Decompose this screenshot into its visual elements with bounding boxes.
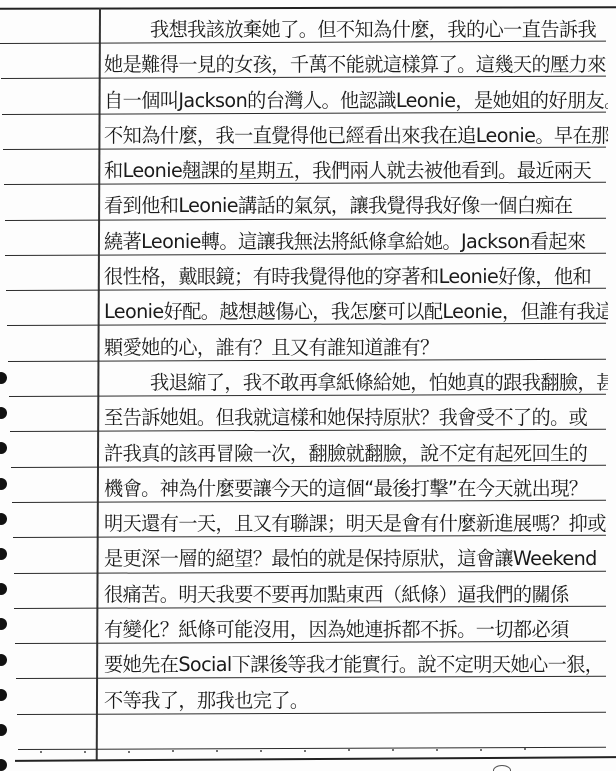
text-line: 有變化？紙條可能沒用，因為她連拆都不拆。一切都必須	[104, 610, 608, 645]
text-line: 顆愛她的心，誰有？且又有誰知道誰有？	[104, 328, 608, 363]
notebook-page: 我想我該放棄她了。但不知為什麼，我的心一直告訴我 她是難得一見的女孩，千萬不能就…	[0, 0, 616, 771]
text-line: 看到他和Leonie講話的氣氛，讓我覺得我好像一個白痴在	[104, 186, 608, 221]
text-line: 不知為什麼，我一直覺得他已經看出來我在追Leonie。早在那個	[104, 116, 608, 151]
tick-dot	[524, 748, 526, 750]
tick-dot	[172, 750, 174, 752]
text-line: 至告訴她姐。但我就這樣和她保持原狀？我會受不了的。或	[104, 398, 608, 433]
tick-dot	[40, 751, 42, 753]
binding-hole	[0, 618, 7, 630]
binding-hole	[0, 759, 7, 771]
text-line: 繞著Leonie轉。這讓我無法將紙條拿給她。Jackson看起來	[104, 222, 608, 257]
binding-hole	[0, 548, 7, 560]
binding-hole	[0, 442, 7, 454]
tick-dot	[348, 749, 350, 751]
tick-dot	[216, 750, 218, 752]
binding-hole	[0, 372, 7, 384]
text-line: 我退縮了，我不敢再拿紙條給她，怕她真的跟我翻臉，甚	[104, 363, 608, 398]
left-margin-line	[96, 8, 101, 760]
binding-hole	[0, 689, 7, 701]
text-line: 她是難得一見的女孩，千萬不能就這樣算了。這幾天的壓力來	[104, 45, 608, 80]
text-line: 明天還有一天，且又有聯課；明天是會有什麼新進展嗎？抑或	[104, 504, 608, 539]
text-line: 要她先在Social下課後等我才能實行。說不定明天她心一狠，	[104, 645, 608, 680]
text-line: Leonie好配。越想越傷心，我怎麼可以配Leonie，但誰有我這	[104, 292, 608, 327]
binding-hole	[0, 407, 7, 419]
text-line: 是更深一層的絕望？最怕的就是保持原狀，這會讓Weekend	[104, 539, 608, 574]
tick-dot	[480, 749, 482, 751]
text-line: 自一個叫Jackson的台灣人。他認識Leonie，是她姐的好朋友。	[104, 81, 608, 116]
binding-hole	[0, 583, 7, 595]
text-line: 不等我了，那我也完了。	[104, 681, 608, 716]
binding-hole	[0, 478, 7, 490]
tick-dot	[304, 750, 306, 752]
text-line: 和Leonie翹課的星期五，我們兩人就去被他看到。最近兩天	[104, 151, 608, 186]
binding-hole	[0, 724, 7, 736]
text-line: 機會。神為什麼要讓今天的這個“最後打擊”在今天就出現？	[104, 469, 608, 504]
page-corner-mark	[493, 765, 511, 771]
text-line: 很性格，戴眼鏡；有時我覺得他的穿著和Leonie好像，他和	[104, 257, 608, 292]
tick-dot	[392, 749, 394, 751]
tick-dot	[84, 751, 86, 753]
tick-dot	[260, 750, 262, 752]
text-line: 我想我該放棄她了。但不知為什麼，我的心一直告訴我	[104, 10, 608, 45]
bottom-tick-marks	[40, 748, 616, 752]
text-line: 很痛苦。明天我要不要再加點東西（紙條）逼我們的關係	[104, 575, 608, 610]
tick-dot	[436, 749, 438, 751]
handwritten-text: 我想我該放棄她了。但不知為什麼，我的心一直告訴我 她是難得一見的女孩，千萬不能就…	[104, 10, 608, 716]
binding-hole	[0, 513, 7, 525]
tick-dot	[128, 751, 130, 753]
bottom-border-rule	[15, 756, 616, 762]
binding-hole	[0, 654, 7, 666]
text-line: 許我真的該再冒險一次，翻臉就翻臉，說不定有起死回生的	[104, 434, 608, 469]
